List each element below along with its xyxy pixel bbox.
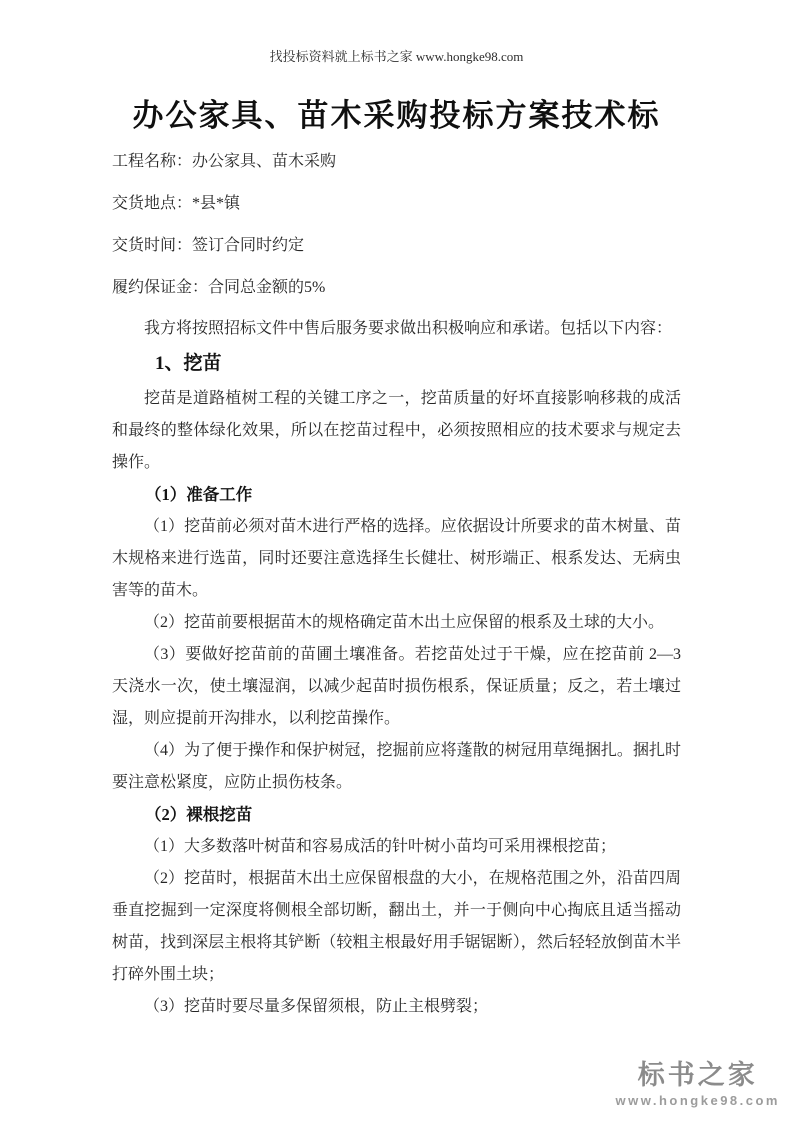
section-1-heading: 1、挖苗 (112, 345, 681, 383)
subsection-1-item-4: （4）为了便于操作和保护树冠，挖掘前应将蓬散的树冠用草绳捆扎。捆扎时要注意松紧度… (112, 735, 681, 799)
meta-project-name: 工程名称：办公家具、苗木采购 (112, 151, 681, 173)
intro-paragraph: 我方将按照招标文件中售后服务要求做出积极响应和承诺。包括以下内容： (112, 313, 681, 345)
subsection-2-heading: （2）裸根挖苗 (112, 799, 681, 831)
watermark: 标书之家 www.hongke98.com (616, 1061, 781, 1109)
document-body: 工程名称：办公家具、苗木采购 交货地点：*县*镇 交货时间：签订合同时约定 履约… (112, 151, 681, 1023)
meta-performance-bond: 履约保证金：合同总金额的5% (112, 277, 681, 299)
watermark-url: www.hongke98.com (616, 1092, 781, 1109)
subsection-1-item-1: （1）挖苗前必须对苗木进行严格的选择。应依据设计所要求的苗木树量、苗木规格来进行… (112, 511, 681, 607)
watermark-logo: 标书之家 (616, 1061, 781, 1089)
meta-delivery-place: 交货地点：*县*镇 (112, 193, 681, 215)
subsection-2-item-3: （3）挖苗时要尽量多保留须根，防止主根劈裂； (112, 991, 681, 1023)
subsection-2-item-1: （1）大多数落叶树苗和容易成活的针叶树小苗均可采用裸根挖苗； (112, 831, 681, 863)
page-header-text: 找投标资料就上标书之家 www.hongke98.com (0, 48, 793, 66)
subsection-1-item-2: （2）挖苗前要根据苗木的规格确定苗木出土应保留的根系及土球的大小。 (112, 607, 681, 639)
meta-delivery-time: 交货时间：签订合同时约定 (112, 235, 681, 257)
subsection-2-item-2: （2）挖苗时，根据苗木出土应保留根盘的大小，在规格范围之外，沿苗四周垂直挖掘到一… (112, 863, 681, 991)
subsection-1-item-3: （3）要做好挖苗前的苗圃土壤准备。若挖苗处过于干燥，应在挖苗前 2—3 天浇水一… (112, 639, 681, 735)
document-page: 找投标资料就上标书之家 www.hongke98.com 办公家具、苗木采购投标… (0, 0, 793, 1122)
document-title: 办公家具、苗木采购投标方案技术标 (0, 94, 793, 138)
subsection-1-heading: （1）准备工作 (112, 479, 681, 511)
section-1-lead-paragraph: 挖苗是道路植树工程的关键工序之一，挖苗质量的好坏直接影响移栽的成活和最终的整体绿… (112, 383, 681, 479)
